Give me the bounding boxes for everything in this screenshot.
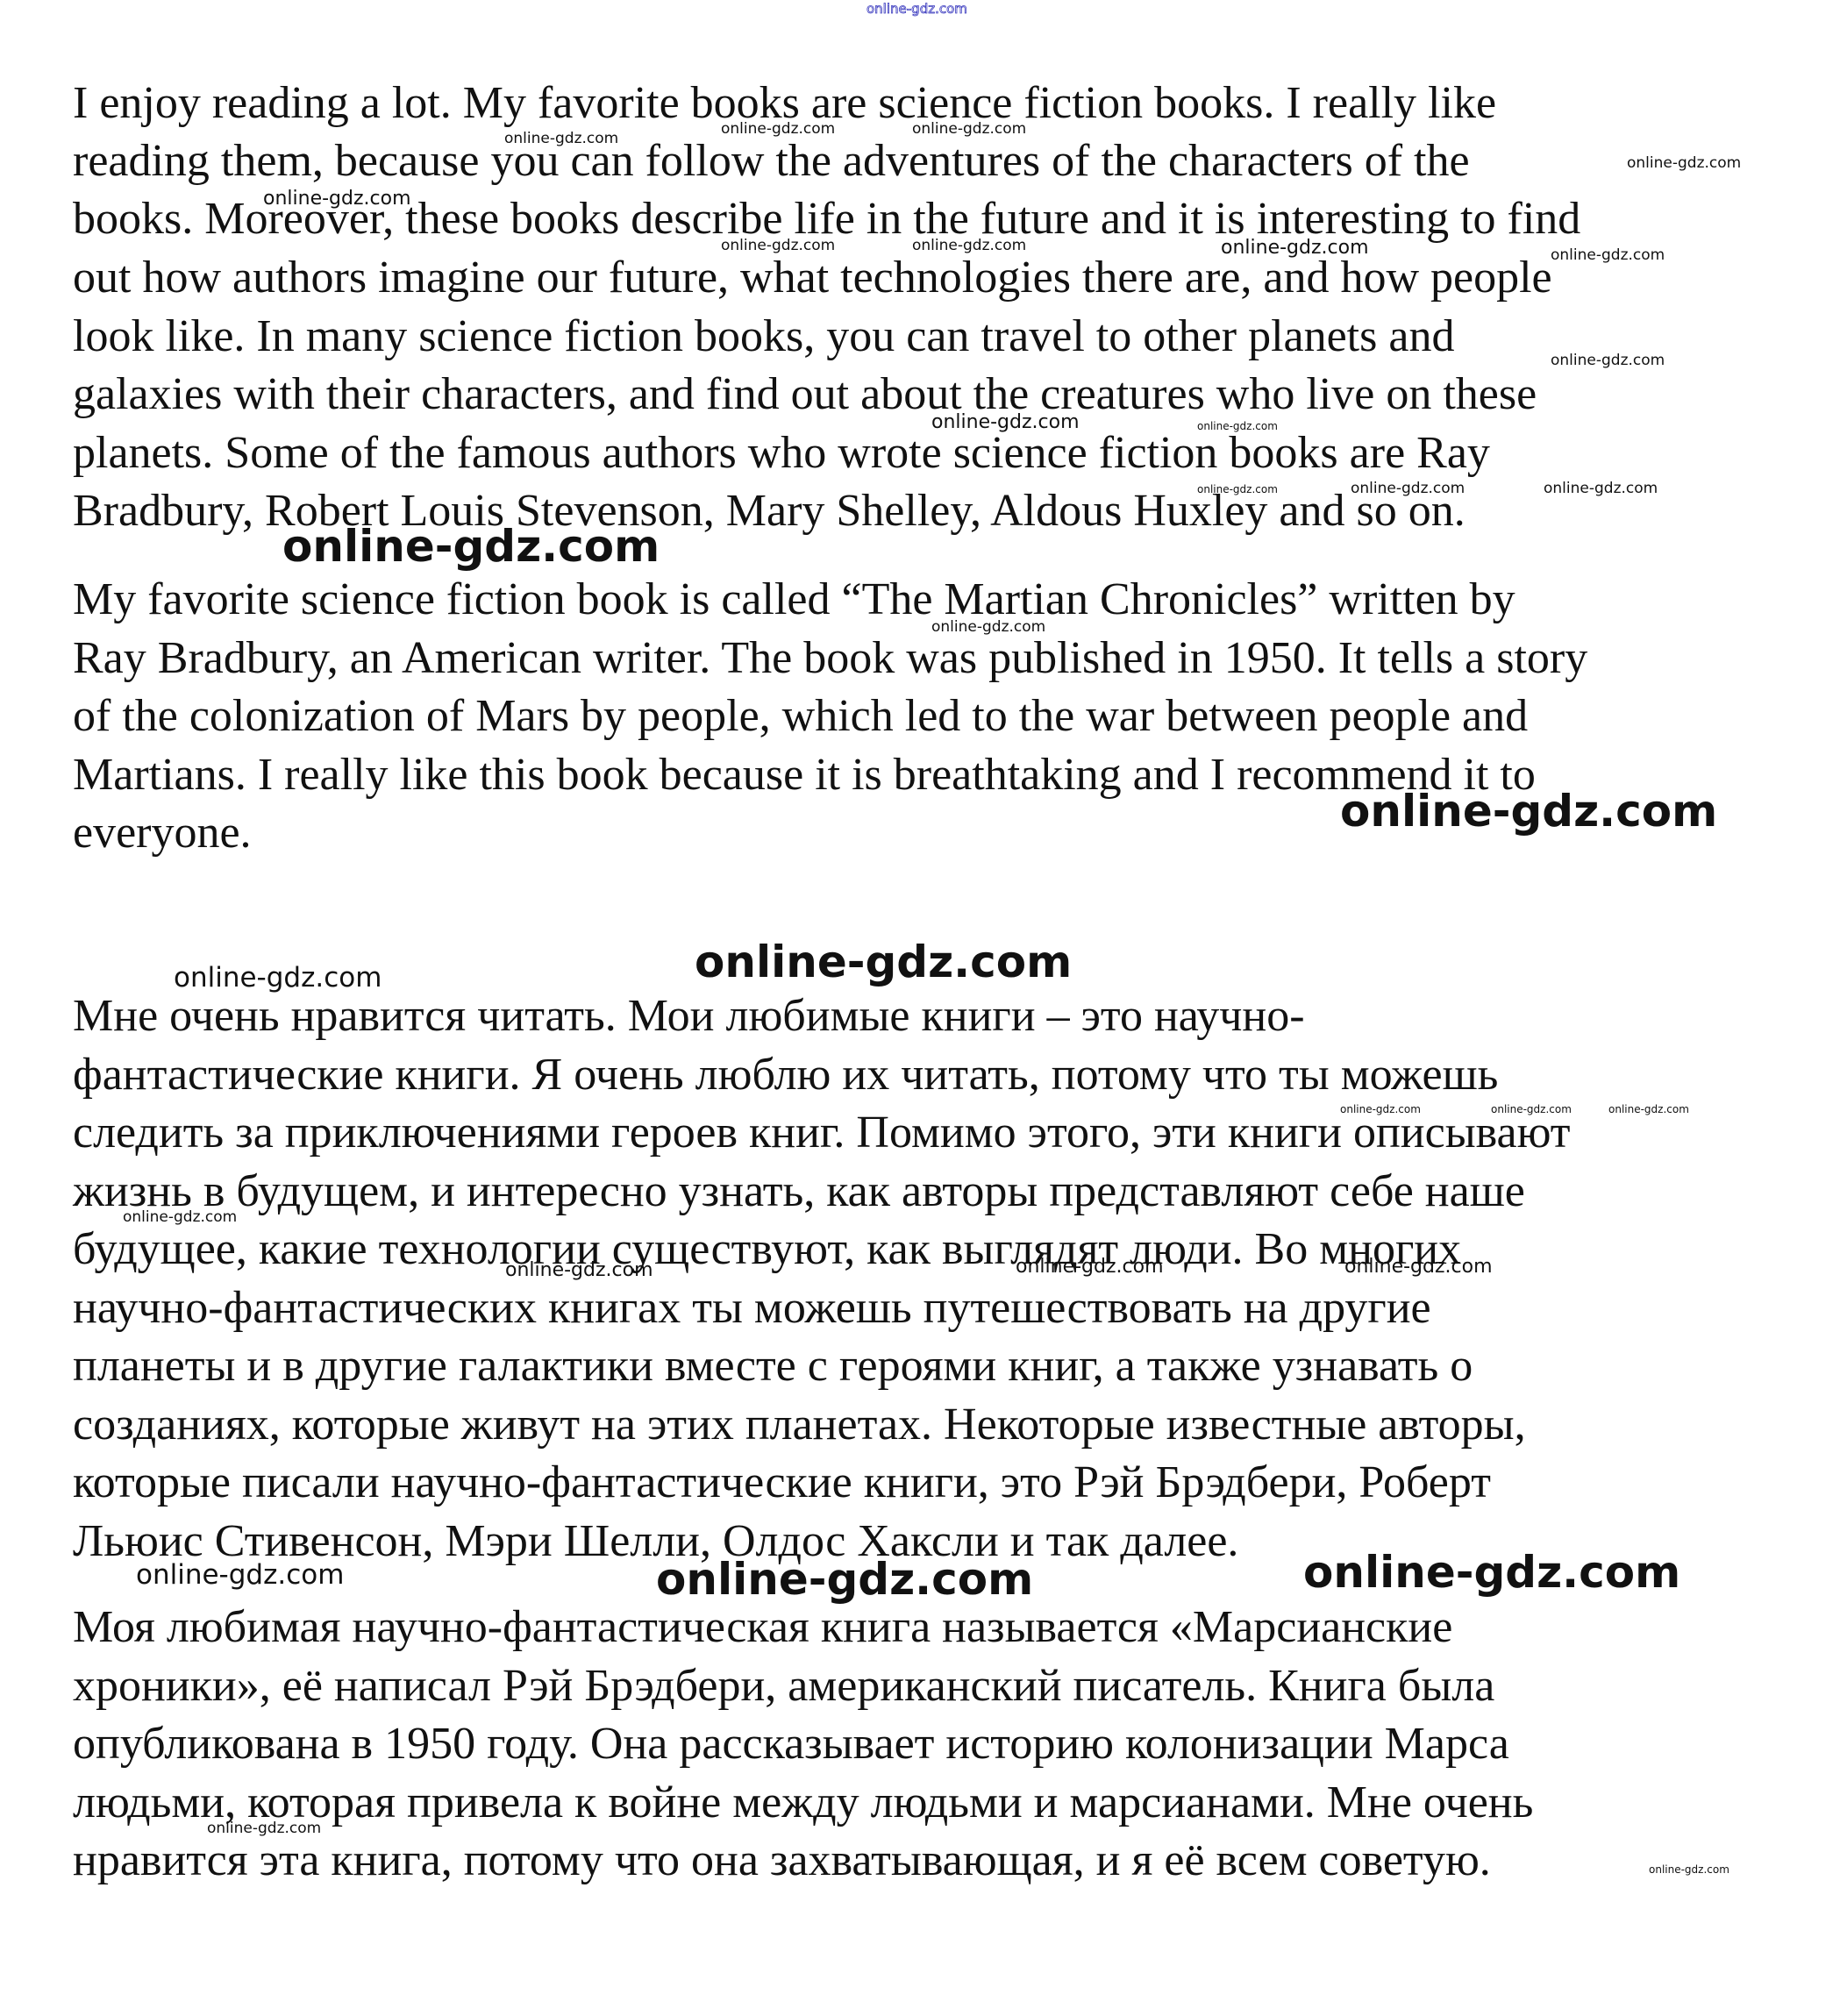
watermark: online-gdz.com bbox=[123, 1210, 237, 1225]
text-line: out how authors imagine our future, what… bbox=[73, 252, 1552, 304]
watermark: online-gdz.com bbox=[1344, 1257, 1493, 1277]
watermark: online-gdz.com bbox=[1197, 421, 1278, 431]
text-line: of the colonization of Mars by people, w… bbox=[73, 690, 1528, 743]
text-line: планеты и в другие галактики вместе с ге… bbox=[73, 1340, 1473, 1393]
watermark: online-gdz.com bbox=[1340, 789, 1717, 833]
watermark: online-gdz.com bbox=[1340, 1104, 1421, 1115]
watermark: online-gdz.com bbox=[174, 965, 382, 992]
watermark: online-gdz.com bbox=[1491, 1104, 1572, 1115]
text-line: опубликована в 1950 году. Она рассказыва… bbox=[73, 1718, 1509, 1770]
watermark: online-gdz.com bbox=[504, 132, 618, 146]
text-line: My favorite science fiction book is call… bbox=[73, 573, 1515, 626]
header-watermark: online-gdz.com bbox=[866, 1, 967, 17]
watermark: online-gdz.com bbox=[1197, 484, 1278, 495]
text-line: хроники», её написал Рэй Брэдбери, амери… bbox=[73, 1660, 1494, 1713]
watermark: online-gdz.com bbox=[1551, 248, 1665, 263]
watermark: online-gdz.com bbox=[1303, 1550, 1680, 1594]
text-line: фантастические книги. Я очень люблю их ч… bbox=[73, 1049, 1498, 1101]
watermark: online-gdz.com bbox=[207, 1821, 321, 1836]
watermark: online-gdz.com bbox=[1016, 1257, 1164, 1277]
watermark: online-gdz.com bbox=[721, 239, 835, 253]
watermark: online-gdz.com bbox=[282, 524, 660, 568]
watermark: online-gdz.com bbox=[912, 239, 1026, 253]
text-line: planets. Some of the famous authors who … bbox=[73, 427, 1490, 480]
watermark: online-gdz.com bbox=[695, 940, 1072, 984]
text-line: Martians. I really like this book becaus… bbox=[73, 749, 1536, 801]
watermark: online-gdz.com bbox=[263, 189, 411, 209]
watermark: online-gdz.com bbox=[931, 620, 1045, 635]
watermark: online-gdz.com bbox=[1351, 481, 1465, 496]
watermark: online-gdz.com bbox=[721, 122, 835, 137]
text-line: reading them, because you can follow the… bbox=[73, 135, 1470, 188]
watermark: online-gdz.com bbox=[505, 1261, 653, 1280]
watermark: online-gdz.com bbox=[136, 1562, 344, 1589]
watermark: online-gdz.com bbox=[1649, 1864, 1729, 1875]
text-line: жизнь в будущем, и интересно узнать, как… bbox=[73, 1165, 1525, 1218]
text-line: будущее, какие технологии существуют, ка… bbox=[73, 1223, 1461, 1276]
document-page: online-gdz.com I enjoy reading a lot. My… bbox=[0, 0, 1847, 2016]
text-line: look like. In many science fiction books… bbox=[73, 310, 1454, 363]
text-line: everyone. bbox=[73, 807, 252, 859]
watermark: online-gdz.com bbox=[1551, 353, 1665, 368]
text-line: созданиях, которые живут на этих планета… bbox=[73, 1399, 1526, 1451]
watermark: online-gdz.com bbox=[912, 122, 1026, 137]
watermark: online-gdz.com bbox=[1221, 239, 1369, 258]
text-line: научно-фантастических книгах ты можешь п… bbox=[73, 1282, 1431, 1335]
text-line: которые писали научно-фантастические кни… bbox=[73, 1457, 1491, 1509]
text-line: нравится эта книга, потому что она захва… bbox=[73, 1834, 1491, 1887]
watermark: online-gdz.com bbox=[1627, 156, 1741, 171]
watermark: online-gdz.com bbox=[656, 1557, 1033, 1601]
watermark: online-gdz.com bbox=[1544, 481, 1658, 496]
text-line: galaxies with their characters, and find… bbox=[73, 368, 1537, 421]
watermark: online-gdz.com bbox=[1608, 1104, 1689, 1115]
text-line: Моя любимая научно-фантастическая книга … bbox=[73, 1601, 1452, 1654]
text-line: Ray Bradbury, an American writer. The bo… bbox=[73, 632, 1587, 685]
text-line: Мне очень нравится читать. Мои любимые к… bbox=[73, 990, 1305, 1043]
watermark: online-gdz.com bbox=[931, 413, 1080, 432]
